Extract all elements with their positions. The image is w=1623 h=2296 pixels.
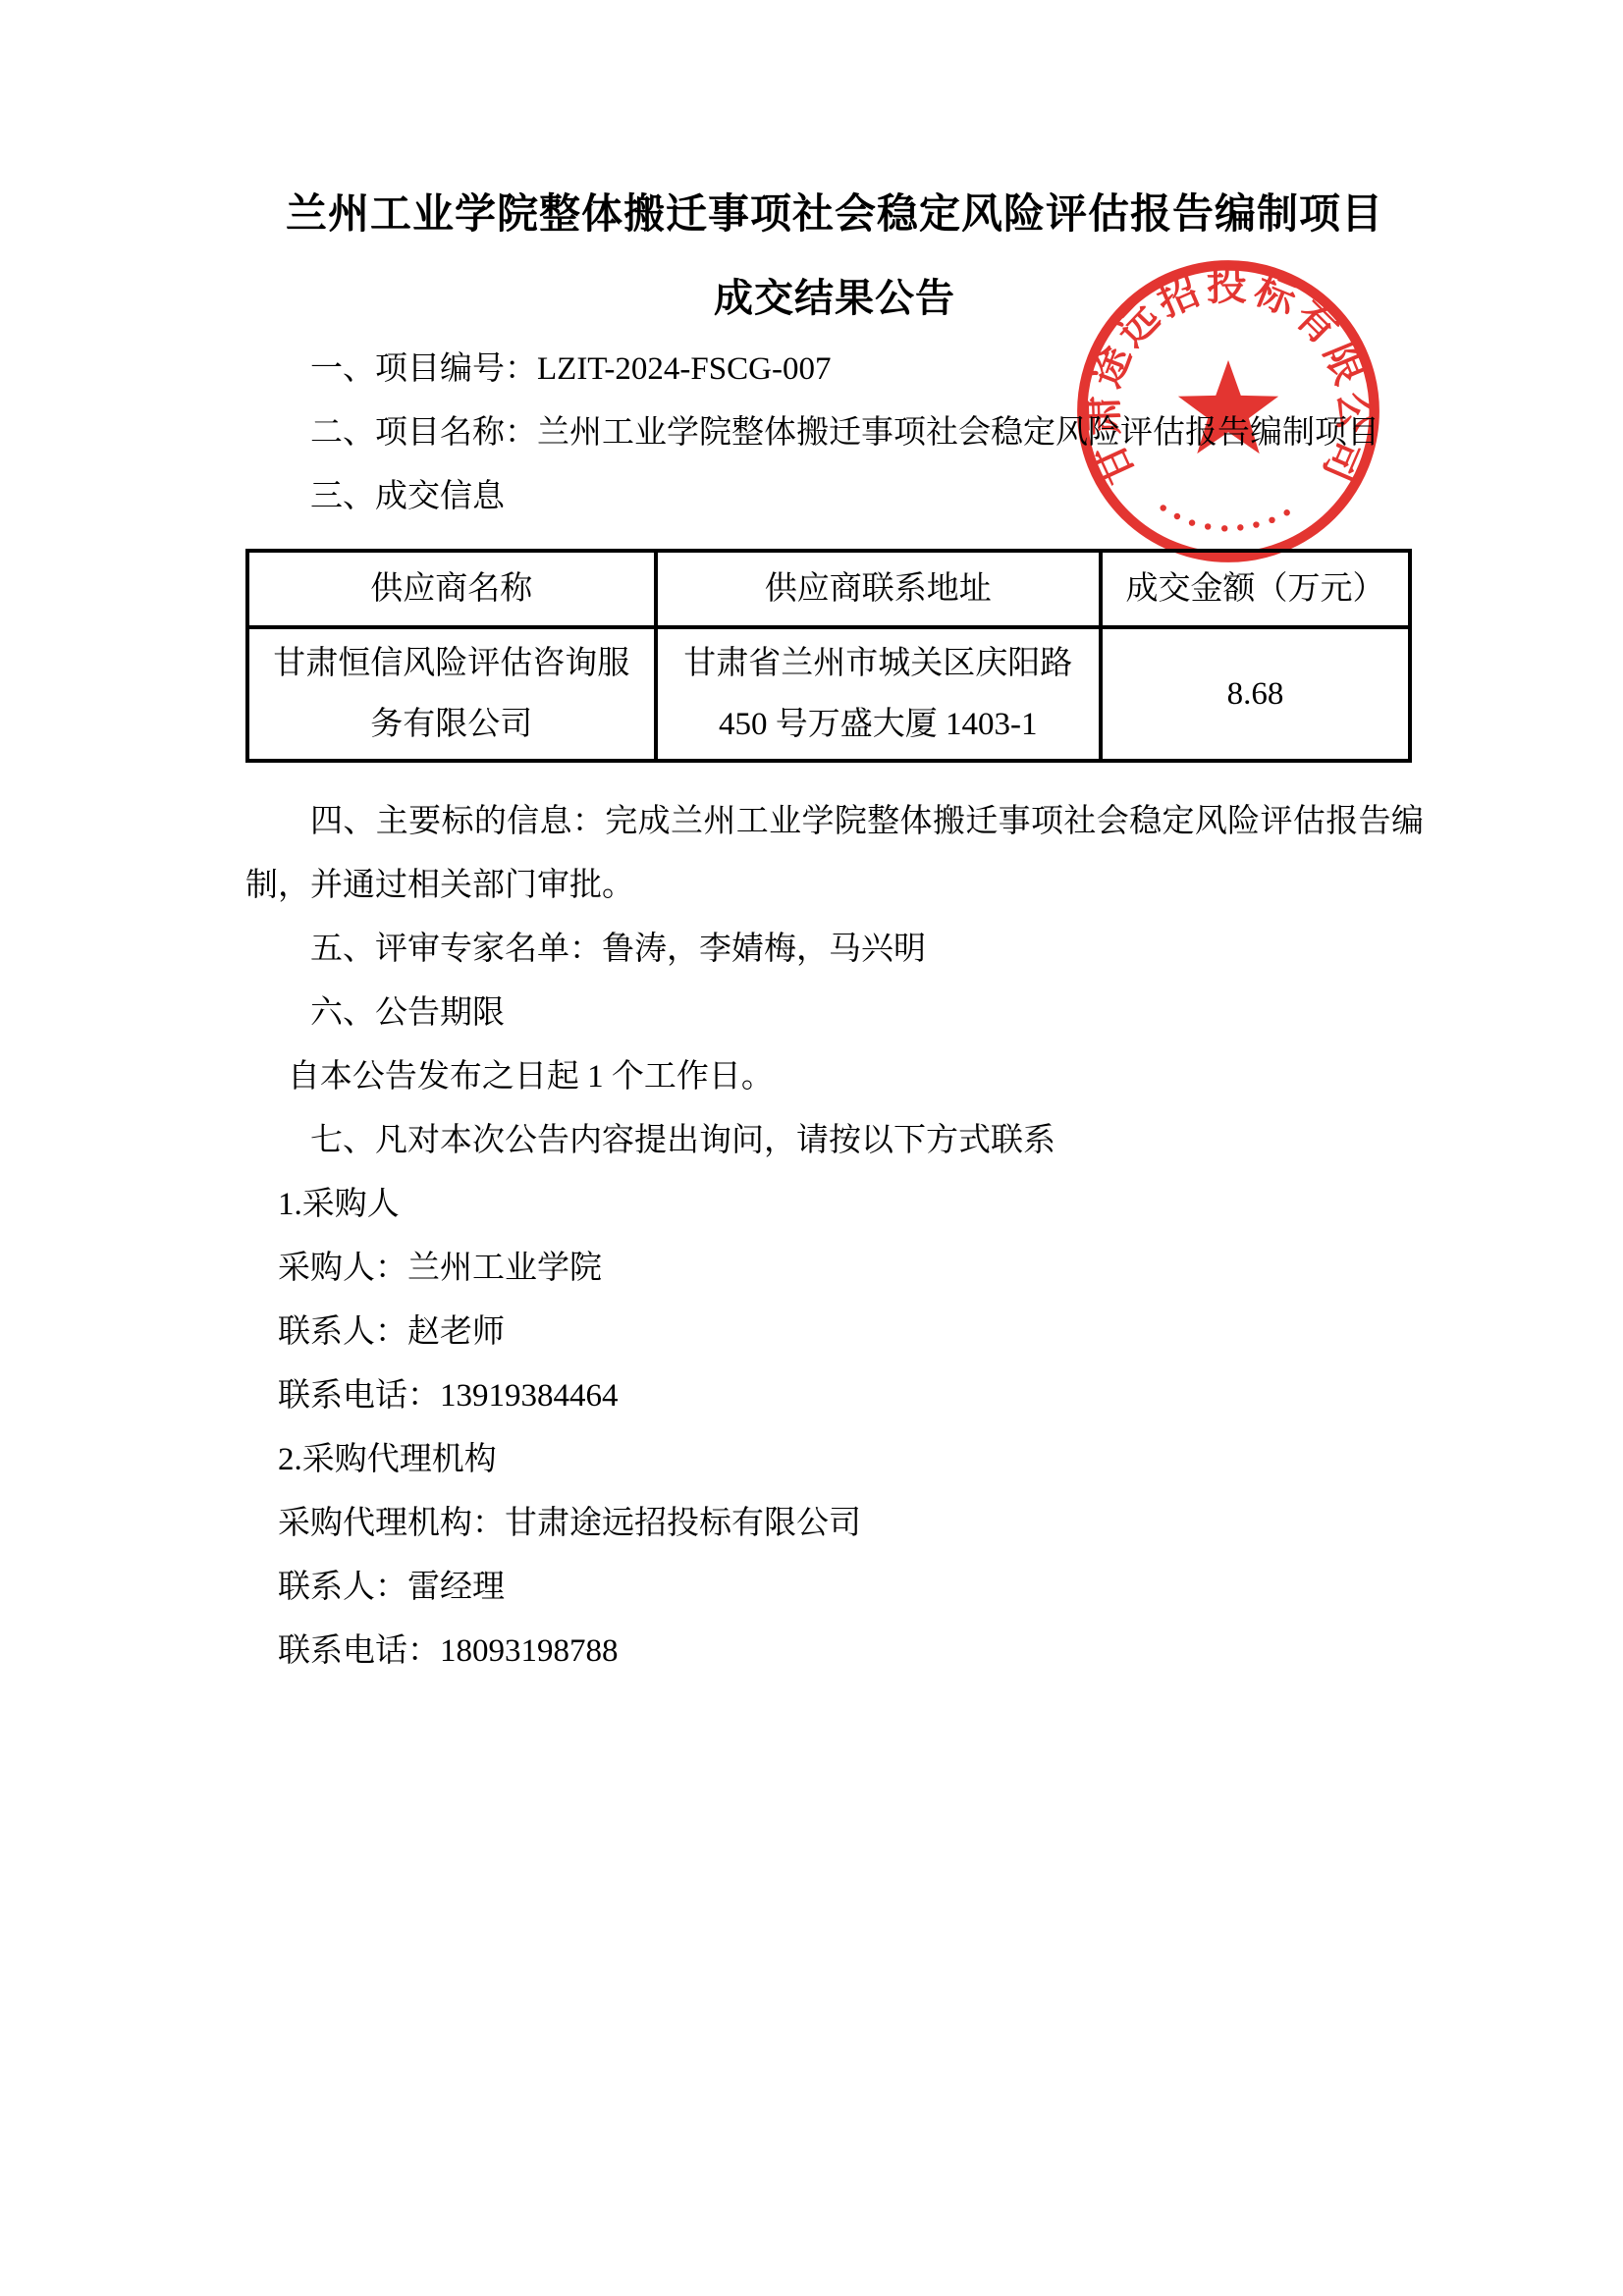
document-title: 兰州工业学院整体搬迁事项社会稳定风险评估报告编制项目 bbox=[245, 187, 1424, 241]
table-header-deal-amount: 成交金额（万元） bbox=[1101, 551, 1410, 627]
paragraph-agency-phone: 联系电话：18093198788 bbox=[245, 1620, 1424, 1683]
document-subtitle: 成交结果公告 bbox=[245, 271, 1424, 326]
paragraph-purchaser: 采购人：兰州工业学院 bbox=[245, 1237, 1424, 1301]
document-page: 兰州工业学院整体搬迁事项社会稳定风险评估报告编制项目 成交结果公告 一、项目编号… bbox=[0, 0, 1623, 2296]
table-row: 甘肃恒信风险评估咨询服务有限公司 甘肃省兰州市城关区庆阳路 450 号万盛大厦 … bbox=[247, 627, 1410, 761]
table-header-supplier-address: 供应商联系地址 bbox=[656, 551, 1101, 627]
paragraph-purchaser-contact: 联系人：赵老师 bbox=[245, 1301, 1424, 1364]
paragraph-purchaser-phone: 联系电话：13919384464 bbox=[245, 1364, 1424, 1428]
body-text: 一、项目编号：LZIT-2024-FSCG-007 二、项目名称：兰州工业学院整… bbox=[245, 338, 1424, 1683]
deal-result-table: 供应商名称 供应商联系地址 成交金额（万元） 甘肃恒信风险评估咨询服务有限公司 … bbox=[245, 549, 1412, 763]
paragraph-subject-info: 四、主要标的信息：完成兰州工业学院整体搬迁事项社会稳定风险评估报告编制，并通过相… bbox=[245, 790, 1424, 918]
heading-agency: 2.采购代理机构 bbox=[245, 1428, 1424, 1492]
table-header-row: 供应商名称 供应商联系地址 成交金额（万元） bbox=[247, 551, 1410, 627]
heading-notice-period: 六、公告期限 bbox=[245, 982, 1424, 1045]
paragraph-notice-period: 自本公告发布之日起 1 个工作日。 bbox=[245, 1045, 1424, 1109]
document-content: 兰州工业学院整体搬迁事项社会稳定风险评估报告编制项目 成交结果公告 一、项目编号… bbox=[245, 187, 1424, 1683]
paragraph-project-number: 一、项目编号：LZIT-2024-FSCG-007 bbox=[245, 338, 1424, 401]
cell-supplier-address: 甘肃省兰州市城关区庆阳路 450 号万盛大厦 1403-1 bbox=[656, 627, 1101, 761]
paragraph-agency-contact: 联系人：雷经理 bbox=[245, 1556, 1424, 1620]
heading-deal-info: 三、成交信息 bbox=[245, 465, 1424, 529]
paragraph-experts: 五、评审专家名单：鲁涛，李婧梅，马兴明 bbox=[245, 918, 1424, 982]
table-header-supplier-name: 供应商名称 bbox=[247, 551, 656, 627]
paragraph-agency: 采购代理机构：甘肃途远招投标有限公司 bbox=[245, 1492, 1424, 1556]
after-table-paragraphs: 四、主要标的信息：完成兰州工业学院整体搬迁事项社会稳定风险评估报告编制，并通过相… bbox=[245, 790, 1424, 1683]
heading-purchaser: 1.采购人 bbox=[245, 1173, 1424, 1237]
paragraph-project-name: 二、项目名称：兰州工业学院整体搬迁事项社会稳定风险评估报告编制项目 bbox=[245, 401, 1424, 465]
cell-supplier-name: 甘肃恒信风险评估咨询服务有限公司 bbox=[247, 627, 656, 761]
heading-inquiry: 七、凡对本次公告内容提出询问，请按以下方式联系 bbox=[245, 1109, 1424, 1173]
cell-deal-amount: 8.68 bbox=[1101, 627, 1410, 761]
